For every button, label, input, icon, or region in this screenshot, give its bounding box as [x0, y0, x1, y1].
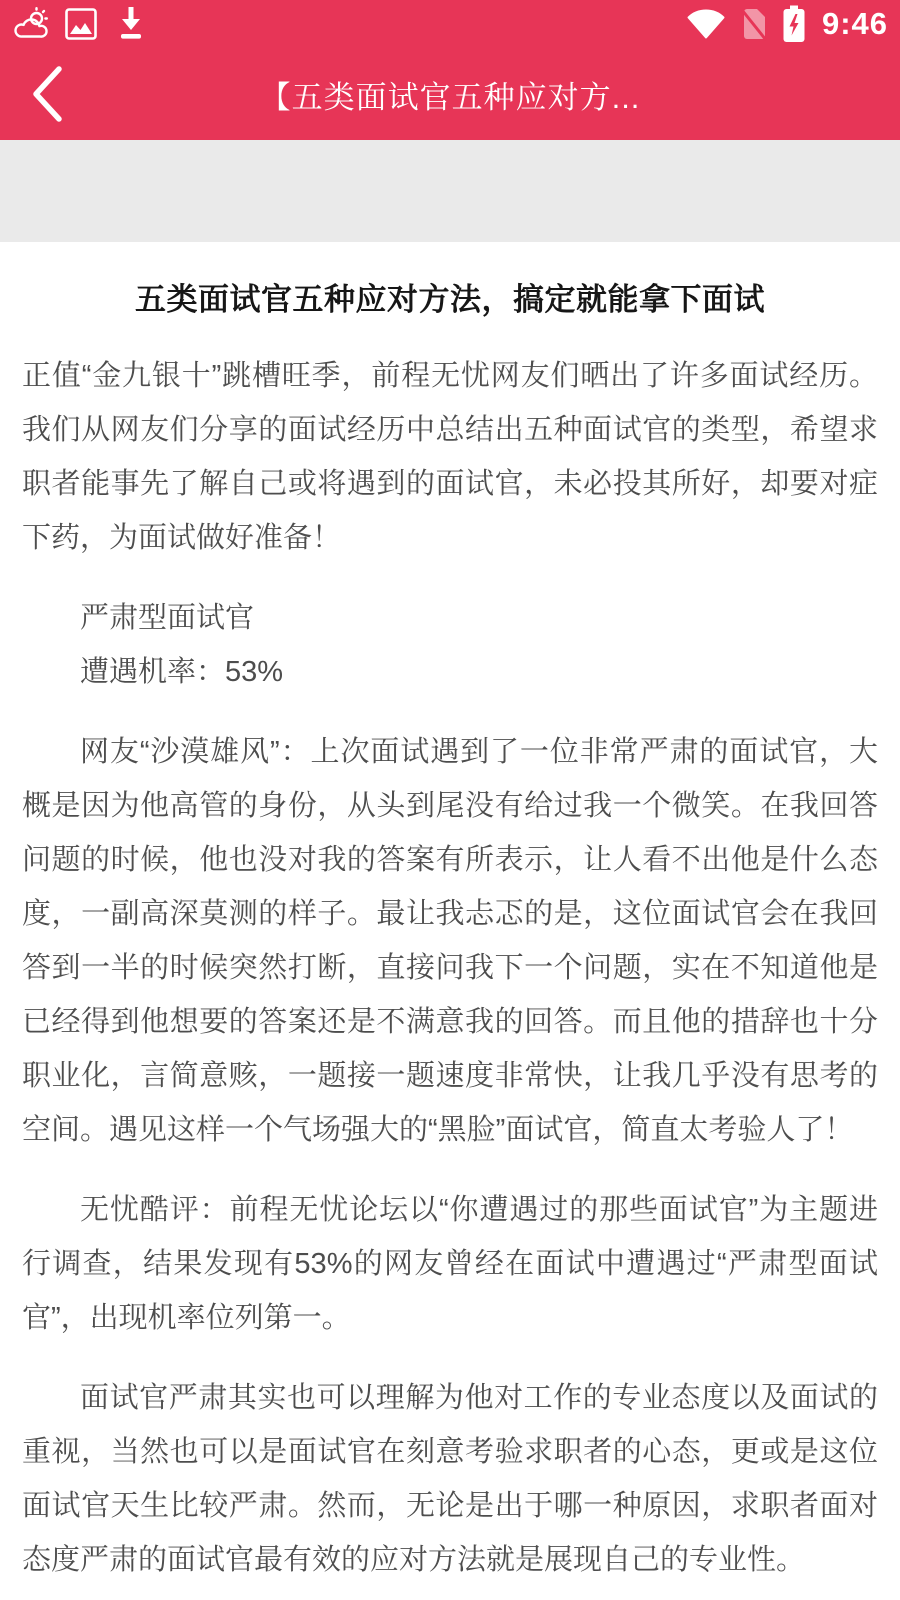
article-paragraph: 无忧酷评：前程无忧论坛以“你遭遇过的那些面试官”为主题进行调查，结果发现有53%…	[22, 1183, 878, 1345]
article-paragraph: 正值“金九银十”跳槽旺季，前程无忧网友们晒出了许多面试经历。我们从网友们分享的面…	[22, 349, 878, 565]
article-paragraph: 严肃型面试官	[22, 591, 878, 645]
app-screen: 9:46 【五类面试官五种应对方... 五类面试官五种应对方法，搞定就能拿下面试…	[0, 0, 900, 1600]
back-button[interactable]	[24, 60, 70, 128]
wifi-icon	[686, 9, 726, 39]
status-bar: 9:46	[0, 0, 900, 48]
gallery-icon	[64, 7, 98, 41]
article-title: 五类面试官五种应对方法，搞定就能拿下面试	[22, 278, 878, 322]
article-paragraph: 网友“沙漠雄风”：上次面试遇到了一位非常严肃的面试官，大概是因为他高管的身份，从…	[22, 725, 878, 1157]
chevron-left-icon	[28, 112, 66, 127]
article-body: 正值“金九银十”跳槽旺季，前程无忧网友们晒出了许多面试经历。我们从网友们分享的面…	[22, 349, 878, 1587]
app-bar: 【五类面试官五种应对方...	[0, 48, 900, 140]
banner-placeholder	[0, 140, 900, 242]
battery-charging-icon	[782, 5, 806, 43]
status-icons-right: 9:46	[686, 5, 888, 43]
article-paragraph: 遭遇机率：53%	[22, 645, 878, 699]
download-icon	[114, 5, 148, 43]
status-icons-left	[12, 5, 148, 43]
article-paragraph: 面试官严肃其实也可以理解为他对工作的专业态度以及面试的重视，当然也可以是面试官在…	[22, 1371, 878, 1587]
app-bar-title: 【五类面试官五种应对方...	[0, 72, 900, 117]
header: 9:46 【五类面试官五种应对方...	[0, 0, 900, 140]
no-sim-icon	[738, 5, 770, 43]
status-time: 9:46	[822, 6, 888, 42]
article-content[interactable]: 五类面试官五种应对方法，搞定就能拿下面试 正值“金九银十”跳槽旺季，前程无忧网友…	[0, 242, 900, 1600]
weather-icon	[12, 7, 48, 41]
